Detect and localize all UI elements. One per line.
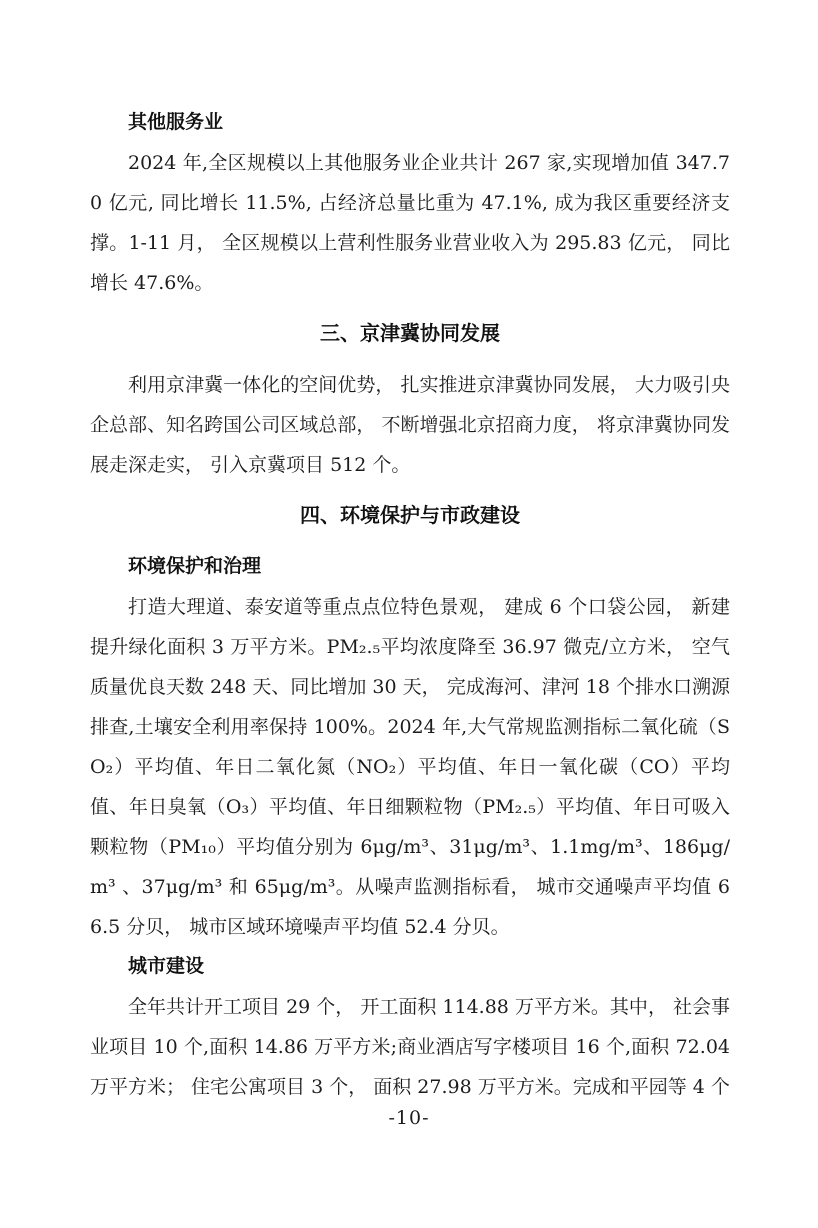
document-page: 其他服务业 2024 年,全区规模以上其他服务业企业共计 267 家,实现增加值… [0,0,818,1228]
paragraph-environmental-protection: 打造大理道、泰安道等重点点位特色景观， 建成 6 个口袋公园， 新建提升绿化面积… [90,587,730,947]
paragraph-other-services: 2024 年,全区规模以上其他服务业企业共计 267 家,实现增加值 347.7… [90,143,730,303]
section-heading-environment-municipal: 四、环境保护与市政建设 [90,496,730,536]
paragraph-urban-construction: 全年共计开工项目 29 个， 开工面积 114.88 万平方米。其中， 社会事业… [90,987,730,1107]
paragraph-jingjinji-development: 利用京津冀一体化的空间优势， 扎实推进京津冀协同发展， 大力吸引央企总部、知名跨… [90,365,730,485]
page-number: -10- [0,1106,818,1130]
subheading-urban-construction: 城市建设 [90,947,730,987]
section-heading-jingjinji-development: 三、京津冀协同发展 [90,314,730,354]
subheading-environmental-protection: 环境保护和治理 [90,547,730,587]
subheading-other-services: 其他服务业 [90,103,730,143]
